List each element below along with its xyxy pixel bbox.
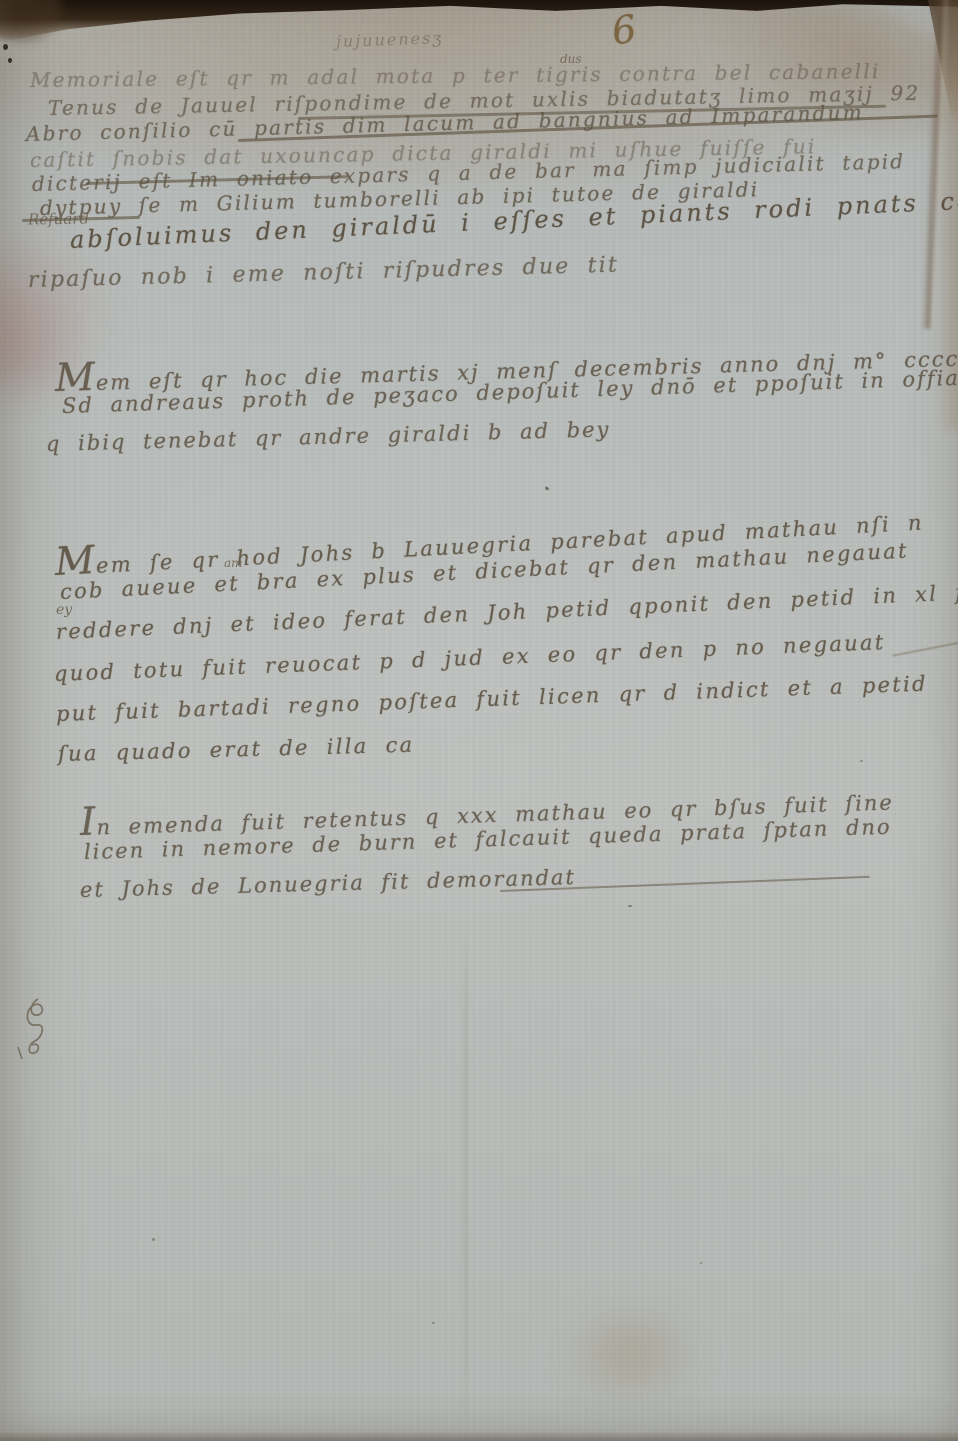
pen-flourish (12, 995, 56, 1075)
manuscript-line: q ibiq tenebat qr andre giraldi b ad bey (46, 417, 611, 456)
stain (556, 1296, 706, 1411)
header-note: jujuuenesʒ (336, 28, 444, 51)
torn-top-edge (0, 0, 958, 42)
fold-crease (921, 0, 951, 329)
ink-speck (545, 486, 550, 491)
folio-number: 6 (609, 7, 639, 54)
margin-note: ey (56, 602, 72, 618)
ink-dot (3, 44, 8, 50)
manuscript-line: et Johs de Lonuegria fit demorandat (80, 865, 577, 902)
crease-line (464, 918, 467, 1441)
scratch-mark (892, 641, 958, 656)
top-left-dark-blob (0, 0, 64, 44)
ink-speck (700, 1262, 702, 1264)
interlinear-note: am (224, 556, 243, 570)
manuscript-line: ſua quado erat de illa ca (58, 733, 415, 766)
ink-speck (152, 1238, 155, 1241)
ink-dot (8, 58, 12, 63)
ink-speck (860, 760, 863, 762)
bottom-edge-shadow (0, 1431, 958, 1441)
ink-speck (628, 905, 632, 907)
manuscript-line: ripaſuo nob i eme noſti riſpudres due ti… (28, 253, 620, 293)
interlinear-note: dus (560, 52, 582, 66)
manuscript-page: 6 jujuuenesʒ Memoriale eſt qr m adal mot… (0, 0, 958, 1441)
ink-speck (432, 1322, 435, 1324)
torn-corner-shade (928, 0, 958, 150)
